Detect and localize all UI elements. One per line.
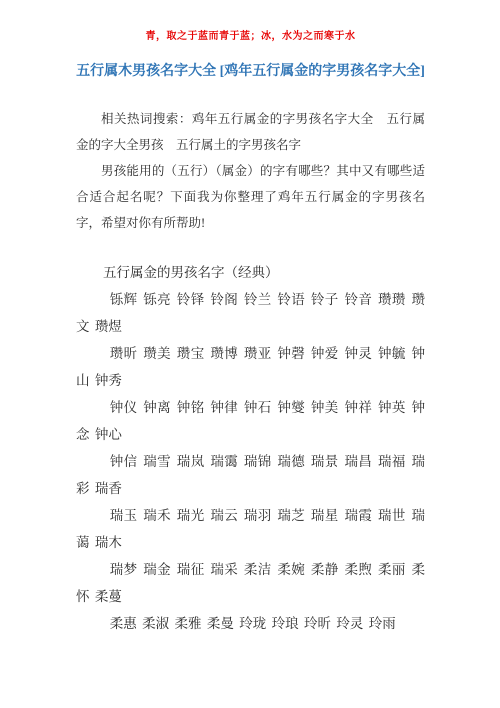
name-row-1: 铄辉 铄亮 铃铎 铃阁 铃兰 铃语 铃子 铃音 瓒瓒 瓒文 瓒煜 [76,286,425,340]
related-keywords-paragraph: 相关热词搜索：鸡年五行属金的字男孩名字大全 五行属金的字大全男孩 五行属土的字男… [76,106,425,158]
intro-paragraph: 男孩能用的（五行）（属金）的字有哪些？其中又有哪些适合适合起名呢？下面我为你整理… [76,158,425,236]
name-row-3: 钟仪 钟离 钟铭 钟律 钟石 钟燮 钟美 钟祥 钟英 钟念 钟心 [76,394,425,448]
name-row-2: 瓒昕 瓒美 瓒宝 瓒博 瓒亚 钟磬 钟爱 钟灵 钟毓 钟山 钟秀 [76,340,425,394]
section-heading: 五行属金的男孩名字（经典） [76,260,425,286]
name-row-4: 钟信 瑞雪 瑞岚 瑞霭 瑞锦 瑞德 瑞景 瑞昌 瑞福 瑞彩 瑞香 [76,448,425,502]
header-motto: 青，取之于蓝而青于蓝；冰，水为之而寒于水 [76,30,425,44]
name-row-5: 瑞玉 瑞禾 瑞光 瑞云 瑞羽 瑞芝 瑞星 瑞霞 瑞世 瑞蔼 瑞木 [76,502,425,556]
name-row-7: 柔惠 柔淑 柔雅 柔曼 玲珑 玲琅 玲昕 玲灵 玲雨 [76,610,425,637]
document-page: 青，取之于蓝而青于蓝；冰，水为之而寒于水 五行属木男孩名字大全 [鸡年五行属金的… [0,0,500,708]
page-title: 五行属木男孩名字大全 [鸡年五行属金的字男孩名字大全] [76,62,425,82]
name-row-6: 瑞梦 瑞金 瑞征 瑞采 柔洁 柔婉 柔静 柔煦 柔丽 柔怀 柔蔓 [76,556,425,610]
